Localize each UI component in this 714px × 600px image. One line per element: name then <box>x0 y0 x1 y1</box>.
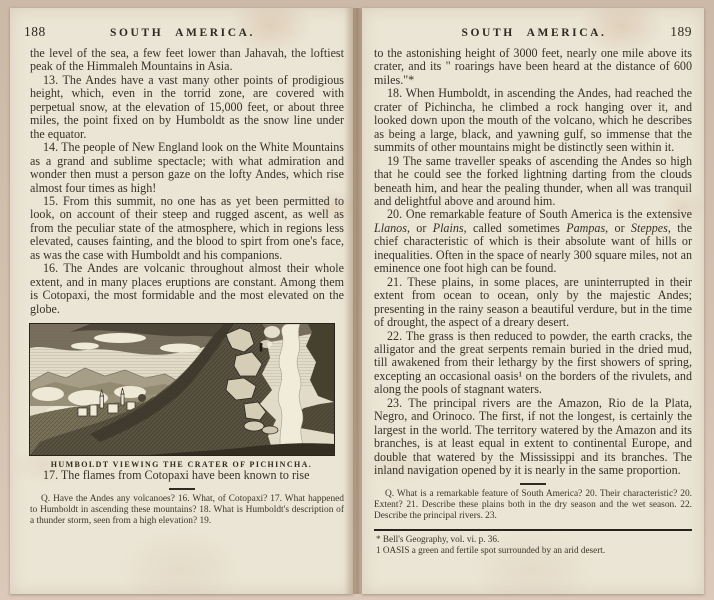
paragraph-23: 23. The principal rivers are the Amazon,… <box>374 397 692 478</box>
paragraph-17: 17. The flames from Cotopaxi have been k… <box>30 469 344 482</box>
paragraph-15: 15. From this summit, no one has as yet … <box>30 195 344 262</box>
footnote-separator-right <box>520 483 546 485</box>
left-page-body: the level of the sea, a few feet lower t… <box>10 47 353 316</box>
running-head-right: SOUTH AMERICA. <box>418 27 650 39</box>
source-footnote-rule <box>374 529 692 531</box>
paragraph-12-continuation: the level of the sea, a few feet lower t… <box>30 47 344 74</box>
source-footnote-bell: * Bell's Geography, vol. vi. p. 36. <box>376 534 690 545</box>
paragraph-22: 22. The grass is then reduced to powder,… <box>374 330 692 397</box>
humboldt-figure <box>259 343 262 352</box>
paragraph-21: 21. These plains, in some places, are un… <box>374 276 692 330</box>
page-number-left: 188 <box>24 24 66 40</box>
running-head-left: SOUTH AMERICA. <box>66 27 299 39</box>
engraving-scene <box>30 324 334 455</box>
page-right: SOUTH AMERICA. 189 to the astonishing he… <box>362 8 704 594</box>
paragraph-19: 19 The same traveller speaks of ascendin… <box>374 155 692 209</box>
page-number-right: 189 <box>650 24 692 40</box>
page-header-left: 188 SOUTH AMERICA. <box>10 8 353 47</box>
review-questions-right: Q. What is a remarkable feature of South… <box>374 489 692 523</box>
review-questions-left: Q. Have the Andes any volcanoes? 16. Wha… <box>30 494 344 528</box>
pichincha-engraving-illustration <box>29 323 335 456</box>
paragraph-20: 20. One remarkable feature of South Amer… <box>374 208 692 275</box>
paragraph-18: 18. When Humboldt, in ascending the Ande… <box>374 87 692 154</box>
paragraph-17-continuation: to the astonishing height of 3000 feet, … <box>374 47 692 87</box>
paragraph-14: 14. The people of New England look on th… <box>30 141 344 195</box>
right-page-body: to the astonishing height of 3000 feet, … <box>362 47 704 478</box>
page-header-right: SOUTH AMERICA. 189 <box>362 8 704 47</box>
paragraph-13: 13. The Andes have a vast many other poi… <box>30 74 344 141</box>
paragraph-16: 16. The Andes are volcanic throughout al… <box>30 262 344 316</box>
footnote-separator-left <box>169 488 195 490</box>
source-footnote-oasis: 1 OASIS a green and fertile spot surroun… <box>376 545 690 556</box>
page-left: 188 SOUTH AMERICA. the level of the sea,… <box>10 8 353 594</box>
